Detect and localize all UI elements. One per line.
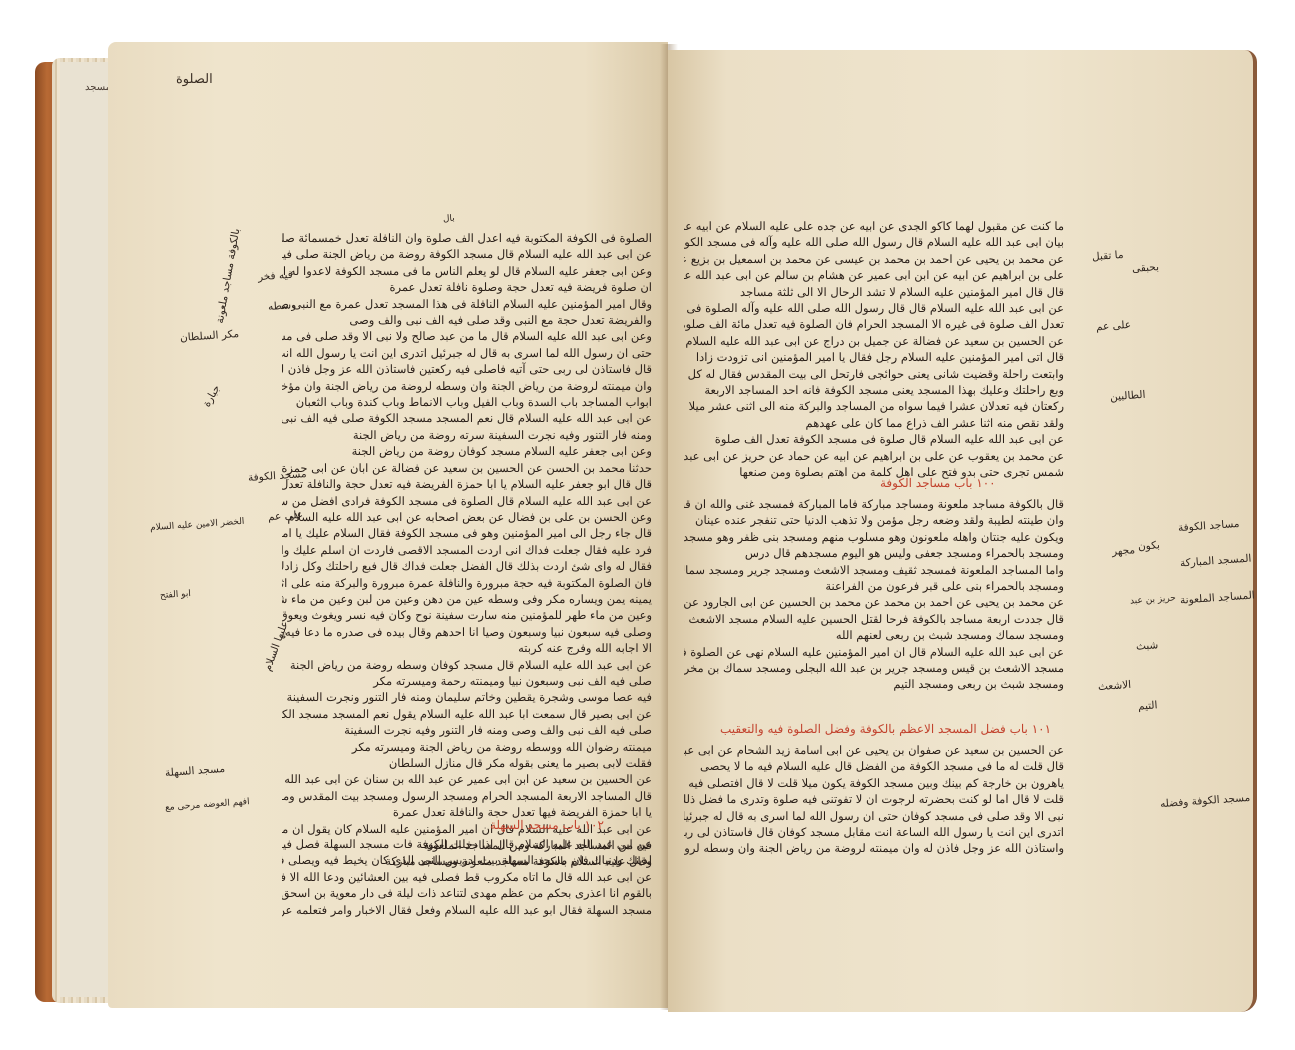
left-closing-block: عن ابى عبد الله عليه السلام قال اذا دخلت… xyxy=(282,836,652,926)
text-line: قال اتى امير المؤمنين عليه السلام رجل فق… xyxy=(684,349,1064,365)
text-line: ومسجد شبث بن ربعى ومسجد التيم xyxy=(684,676,1064,692)
text-line: قال جاء رجل الى امير المؤمنين وهو فى مسج… xyxy=(282,525,652,541)
text-line: حتى ان رسول الله لما اسرى به قال له جبرئ… xyxy=(282,345,652,361)
text-line: والفريضة تعدل حجة مع النبى وقد صلى فيه ا… xyxy=(282,312,652,328)
margin-note: مجهر xyxy=(1112,544,1136,558)
margin-note: ابو الفتح xyxy=(160,589,191,601)
text-line: فرد عليه فقال جعلت فداك انى اردت المسجد … xyxy=(282,542,652,558)
text-line: قلت لا قال اما لو كنت بحضرته لرجوت ان لا… xyxy=(684,791,1064,807)
text-line: ومسجد بالحمراء بنى على قبر فرعون من الفر… xyxy=(684,578,1064,594)
text-line: فقال له واى شئ اردت بذلك قال الفضل جعلت … xyxy=(282,558,652,574)
text-line: فيه عصا موسى وشجرة يقطين وخاتم سليمان وم… xyxy=(282,689,652,705)
text-line: فقلت لابى بصير ما يعنى بقوله مكر قال منا… xyxy=(282,755,652,771)
text-line: ياهرون بن خارجة كم بينك وبين مسجد الكوفة… xyxy=(684,775,1064,791)
loose-sheet xyxy=(60,62,108,997)
text-line: شمس تجرى حتى بدو فتح على اهل كلمة من اهت… xyxy=(684,464,1064,480)
text-line: ان صلوة فريضة فيه تعدل حجة وصلوة نافلة ت… xyxy=(282,279,652,295)
margin-note: وسطه xyxy=(268,299,297,313)
text-line: عن ابى عبد الله عليه السلام قال اذا دخلت… xyxy=(282,836,652,852)
text-line: ولقد نقص منه اثنا عشر الف ذراع مما كان ع… xyxy=(684,415,1064,431)
text-line: صلى فيه الف نبى والف وصى ومنه فار التنور… xyxy=(282,722,652,738)
rubric-number: ١٠٢ xyxy=(585,818,604,832)
left-text-block: الصلوة فى الكوفة المكتوبة فيه اعدل الف ص… xyxy=(282,230,652,870)
text-line: عن الحسين بن سعيد عن ابن ابى عمير عن عبد… xyxy=(282,771,652,787)
text-line: ومسجد سماك ومسجد شبث بن ربعى لعنهم الله xyxy=(684,627,1064,643)
running-head: الصلوة xyxy=(176,72,213,87)
margin-note: الاشعث xyxy=(1098,679,1132,693)
margin-note: الطالبين xyxy=(1110,389,1146,403)
rubric-text: باب مسجد السهلة xyxy=(490,818,581,832)
text-line: ابواب المساجد باب السدة وباب الفيل وباب … xyxy=(282,394,652,410)
rubric-text: باب مساجد الكوفة xyxy=(880,476,972,490)
text-line: وان طينته لطيبة ولقد وضعه رجل مؤمن ولا ت… xyxy=(684,512,1064,528)
text-line: عن محمد بن يحيى عن احمد بن محمد بن عيسى … xyxy=(684,251,1064,267)
text-line: نبى الا وقد صلى فى مسجد كوفان حتى ان رسو… xyxy=(684,808,1064,824)
text-line: واستاذن الله عز وجل فاذن له وان ميمنته ل… xyxy=(684,840,1064,856)
rubric-heading-right-1: ١٠٠ باب مساجد الكوفة xyxy=(880,476,996,490)
text-line: ركعتان فيه تعدلان عشرا فيما سواه من المس… xyxy=(684,398,1064,414)
text-line: قال قال ابو جعفر عليه السلام يا ابا حمزة… xyxy=(282,476,652,492)
rubric-heading-left: ١٠٢ باب مسجد السهلة xyxy=(490,818,604,832)
text-line: وصلى فيه سبعون نبيا وسبعون وصيا انا احده… xyxy=(282,624,652,640)
text-line: تعدل الف صلوة فى غيره الا المسجد الحرام … xyxy=(684,316,1064,332)
text-line: مسجد الاشعث بن قيس ومسجد جرير بن عبد الل… xyxy=(684,660,1064,676)
text-line: وعين من ماء طهر للمؤمنين منه سارت سفينة … xyxy=(282,607,652,623)
text-line: عن محمد بن يعقوب عن على بن ابراهيم عن اب… xyxy=(684,448,1064,464)
text-line: عن ابى عبد الله عليه السلام قال نعم المس… xyxy=(282,410,652,426)
right-text-block-3: عن الحسين بن سعيد عن صفوان بن يحيى عن اب… xyxy=(684,742,1064,862)
text-line: لدينك ودنياك فان مسجد السهلة بيت ادريس ا… xyxy=(282,852,652,868)
text-line: عن ابى عبد الله عليه السلام قال مسجد الك… xyxy=(282,246,652,262)
text-line: قال فاستاذن لى ربى حتى آتيه فاصلى فيه رك… xyxy=(282,361,652,377)
text-line: وعن الحسن بن على بن فضال عن بعض اصحابه ع… xyxy=(282,509,652,525)
rubric-heading-right-2: ١٠١ باب فضل المسجد الاعظم بالكوفة وفضل ا… xyxy=(720,722,1051,736)
text-line: عن محمد بن يحيى عن احمد بن محمد عن محمد … xyxy=(684,594,1064,610)
text-line: ومسجد بالحمراء ومسجد جعفى وليس هو اليوم … xyxy=(684,545,1064,561)
margin-note: بحبقى xyxy=(1132,261,1160,275)
text-line: فان الصلوة المكتوبة فيه حجة مبرورة والنا… xyxy=(282,575,652,591)
text-line: حدثنا محمد بن الحسن عن الحسين بن سعيد عن… xyxy=(282,460,652,476)
text-line: وعن ابى عبد الله عليه السلام قال ما من ع… xyxy=(282,328,652,344)
text-line: قال المساجد الاربعة المسجد الحرام ومسجد … xyxy=(282,788,652,804)
text-line: الا اجابه الله وفرج عنه كربته xyxy=(282,640,652,656)
text-line: عن ابى عبد الله عليه السلام قال صلوة فى … xyxy=(684,431,1064,447)
text-line: الصلوة فى الكوفة المكتوبة فيه اعدل الف ص… xyxy=(282,230,652,246)
text-line: عن ابى عبد الله عليه السلام قال مسجد كوف… xyxy=(282,657,652,673)
top-mark: بال xyxy=(443,214,455,225)
text-line: ويكون عليه جنتان واهله ملعونون وهو مسلوب… xyxy=(684,529,1064,545)
margin-note: ما تقبل xyxy=(1092,249,1124,263)
margin-note: شبث xyxy=(1136,639,1159,653)
text-line: عن ابى عبد الله قال ما اتاه مكروب قط فصل… xyxy=(282,869,652,885)
right-text-block-2: قال بالكوفة مساجد ملعونة ومساجد مباركة ف… xyxy=(684,496,1064,718)
text-line: على بن ابراهيم عن ابيه عن ابن ابى عمير ع… xyxy=(684,267,1064,283)
text-line: عن ابى عبد الله عليه السلام قال قال رسول… xyxy=(684,300,1064,316)
text-line: بيان ابى عبد الله عليه السلام قال رسول ا… xyxy=(684,234,1064,250)
text-line: قال بالكوفة مساجد ملعونة ومساجد مباركة ف… xyxy=(684,496,1064,512)
text-line: مسجد السهلة فقال ابو عبد الله عليه السلا… xyxy=(282,902,652,918)
text-line: عن ابى بصير قال سمعت ابا عبد الله عليه ا… xyxy=(282,706,652,722)
text-line: ومنه فار التنور وفيه نجرت السفينة سرته ر… xyxy=(282,427,652,443)
text-line: عن الحسين بن سعيد عن صفوان بن يحيى عن اب… xyxy=(684,742,1064,758)
text-line: بالقوم انا اعذرى بحكم من عظم مهدى لتناعد… xyxy=(282,885,652,901)
text-line: وقال امير المؤمنين عليه السلام النافلة ف… xyxy=(282,296,652,312)
rubric-number: ١٠٠ xyxy=(976,476,995,490)
text-line: عن الحسين بن سعيد عن فضالة عن جميل بن در… xyxy=(684,333,1064,349)
text-line: وان ميمنته لروضة من رياض الجنة وان وسطه … xyxy=(282,378,652,394)
text-line: عن ابى عبد الله عليه السلام قال ان امير … xyxy=(684,644,1064,660)
text-line: اتدرى اين انت يا رسول الله الساعة انت مق… xyxy=(684,824,1064,840)
text-line: وابتعت راحلة وقضيت شانى يعنى حوائجى فارت… xyxy=(684,366,1064,382)
text-line: وعن ابى جعفر عليه السلام مسجد كوفان روضة… xyxy=(282,443,652,459)
right-text-block-1: ما كنت عن مقبول لهما كاكو الجدى عن ابيه … xyxy=(684,218,1064,480)
rubric-number: ١٠١ xyxy=(1032,722,1051,736)
margin-note: فيه فخر xyxy=(258,269,294,283)
text-line: قال جددت اربعة مساجد بالكوفة فرحا لقتل ا… xyxy=(684,611,1064,627)
manuscript-photo: مسجد الصلوة بال الصلوة فى الكوفة المكتوب… xyxy=(0,0,1295,1050)
margin-note: على عم xyxy=(1096,319,1132,333)
text-line: وبع راحلتك وعليك بهذا المسجد يعنى مسجد ا… xyxy=(684,382,1064,398)
text-line: وعن ابى جعفر عليه السلام قال لو يعلم الن… xyxy=(282,263,652,279)
text-line: قال قلت له ما فى مسجد الكوفة من الفضل قا… xyxy=(684,758,1064,774)
margin-note: بكون xyxy=(1138,539,1161,552)
text-line: ميمنته رضوان الله ووسطه روضة من رياض الج… xyxy=(282,739,652,755)
text-line: عن ابى عبد الله عليه السلام قال الصلوة ف… xyxy=(282,493,652,509)
margin-note: على عم xyxy=(268,509,304,523)
text-line: واما المساجد الملعونة فمسجد ثقيف ومسجد ا… xyxy=(684,562,1064,578)
text-line: قال قال امير المؤمنين عليه السلام لا تشد… xyxy=(684,284,1064,300)
text-line: ما كنت عن مقبول لهما كاكو الجدى عن ابيه … xyxy=(684,218,1064,234)
rubric-text: باب فضل المسجد الاعظم بالكوفة وفضل الصلو… xyxy=(720,722,1028,736)
margin-note: التيم xyxy=(1138,699,1158,712)
text-line: صلى فيه الف نبى وسبعون نبيا وميمنته رحمة… xyxy=(282,673,652,689)
text-line: يمينه يمن ويساره مكر وفى وسطه عين من دهن… xyxy=(282,591,652,607)
